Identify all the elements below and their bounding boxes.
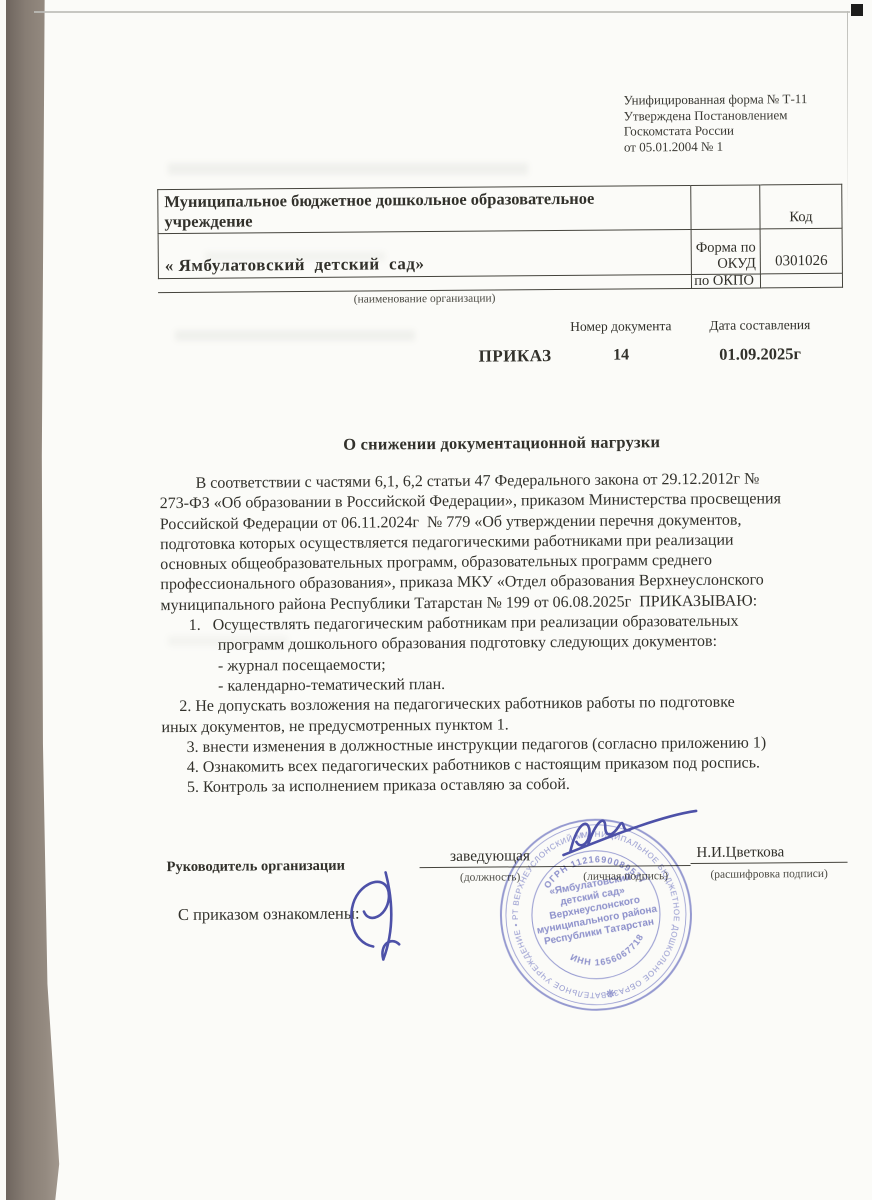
order-body: В соответствии с частями 6,1, 6,2 статьи… [159, 469, 857, 799]
form-note-line: Госкомстата России [624, 122, 808, 139]
order-header-table: ПРИКАЗ Номер документа Дата составления … [158, 312, 843, 375]
name-field: Н.И.Цветкова (расшифровка подписи) [690, 840, 847, 886]
acknowledge-label: С приказом ознакомлены: [178, 904, 360, 925]
org-header-table: Муниципальное бюджетное дошкольное образ… [157, 184, 843, 293]
body-line: 5. Контроль за исполнением приказа остав… [187, 773, 857, 799]
okpo-value-cell [761, 274, 843, 289]
document-title: О снижении документационной нагрузки [159, 431, 844, 456]
empty-cell [158, 275, 691, 293]
okud-value-cell: 0301026 [761, 229, 843, 275]
form-note-line: от 05.01.2004 № 1 [624, 138, 808, 155]
form-approval-note: Унифицированная форма № Т-11 Утверждена … [623, 91, 807, 154]
form-note-line: Унифицированная форма № Т-11 [623, 91, 807, 108]
form-note-line: Утверждена Постановлением [624, 107, 808, 124]
scan-corner-mark [851, 4, 863, 16]
doc-date-value: 01.09.2025г [676, 338, 843, 371]
scanned-order-document: Унифицированная форма № Т-11 Утверждена … [0, 0, 872, 1200]
doc-number-value: 14 [565, 339, 676, 372]
name-caption: (расшифровка подписи) [691, 863, 848, 886]
doc-date-header: Дата составления [676, 312, 843, 339]
leader-name-value: Н.И.Цветкова [690, 838, 847, 864]
okud-label-line: ОКУД [717, 255, 756, 271]
okpo-label-cell: по ОКПО [691, 274, 761, 289]
code-header-cell: Код [760, 184, 842, 230]
handwritten-signature-ack [339, 866, 452, 963]
okud-label-cell: Форма по ОКУД [691, 229, 761, 275]
empty-cell [690, 184, 760, 230]
doc-type-cell: ПРИКАЗ [158, 314, 565, 375]
org-name-caption: (наименование организации) [158, 291, 691, 307]
org-name-line2: учреждение [164, 208, 684, 232]
handwritten-signature-leader [560, 808, 702, 859]
okud-label-line: Форма по [696, 239, 756, 255]
org-name-cell: Муниципальное бюджетное дошкольное образ… [157, 185, 690, 234]
org-short-name-cell: « Ямбулатовский детский сад» [158, 230, 691, 279]
doc-number-header: Номер документа [565, 313, 676, 340]
